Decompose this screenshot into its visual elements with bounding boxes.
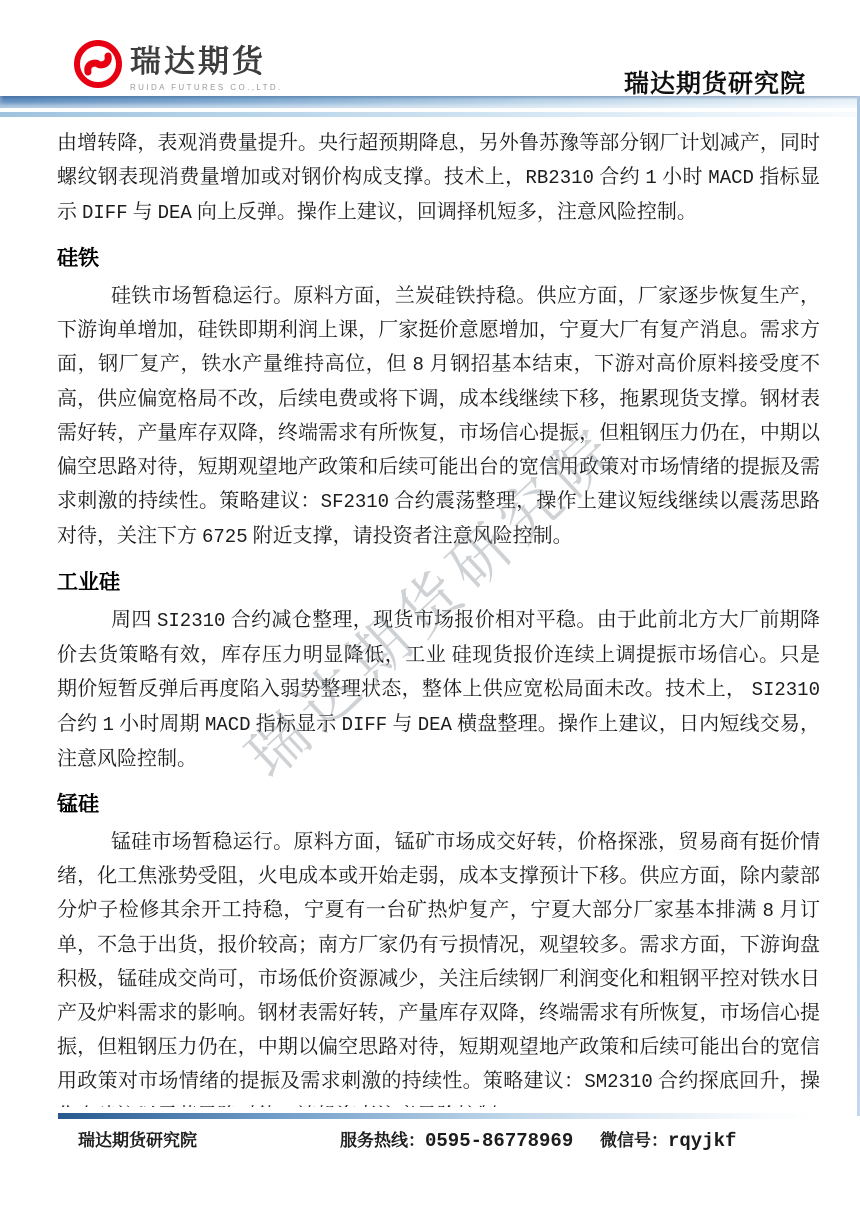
section-paragraph: 锰硅市场暂稳运行。原料方面，锰矿市场成交好转，价格探涨，贸易商有挺价情绪，化工焦… xyxy=(57,825,820,1107)
section-heading: 工业硅 xyxy=(57,568,820,598)
section-heading: 硅铁 xyxy=(57,244,820,274)
report-body: 由增转降，表观消费量提升。央行超预期降息，另外鲁苏豫等部分钢厂计划减产，同时螺纹… xyxy=(57,122,820,1107)
section-paragraph: 周四 SI2310 合约减仓整理，现货市场报价相对平稳。由于此前北方大厂前期降价… xyxy=(57,603,820,776)
section-paragraph: 硅铁市场暂稳运行。原料方面，兰炭硅铁持稳。供应方面，厂家逐步恢复生产，下游询单增… xyxy=(57,279,820,554)
header-title: 瑞达期货研究院 xyxy=(624,64,806,100)
ruida-logo-icon xyxy=(72,38,124,90)
brand-text-block: 瑞达期货 RUIDA FUTURES CO.,LTD. xyxy=(130,38,283,92)
header-divider-bar xyxy=(0,96,860,108)
page-header: 瑞达期货 RUIDA FUTURES CO.,LTD. 瑞达期货研究院 xyxy=(0,0,860,120)
report-section-industrial-silicon: 工业硅 周四 SI2310 合约减仓整理，现货市场报价相对平稳。由于此前北方大厂… xyxy=(57,568,820,776)
section-heading: 锰硅 xyxy=(57,790,820,820)
brand-name-cn: 瑞达期货 xyxy=(130,42,283,82)
footer-wechat: 微信号：rqyjkf xyxy=(600,1126,736,1152)
header-divider-thin-bar xyxy=(0,112,860,117)
footer-divider-line xyxy=(58,1113,820,1119)
brand-name-en: RUIDA FUTURES CO.,LTD. xyxy=(130,83,283,92)
footer-org: 瑞达期货研究院 xyxy=(78,1126,197,1151)
report-section-manganese-silicon: 锰硅 锰硅市场暂稳运行。原料方面，锰矿市场成交好转，价格探涨，贸易商有挺价情绪，… xyxy=(57,790,820,1107)
report-section-ferrosilicon: 硅铁 硅铁市场暂稳运行。原料方面，兰炭硅铁持稳。供应方面，厂家逐步恢复生产，下游… xyxy=(57,244,820,554)
company-logo: 瑞达期货 RUIDA FUTURES CO.,LTD. xyxy=(72,38,283,92)
page-footer: 瑞达期货研究院 服务热线：0595-86778969 微信号：rqyjkf xyxy=(0,1126,860,1152)
intro-paragraph: 由增转降，表观消费量提升。央行超预期降息，另外鲁苏豫等部分钢厂计划减产，同时螺纹… xyxy=(57,126,820,230)
footer-hotline: 服务热线：0595-86778969 xyxy=(340,1126,573,1152)
